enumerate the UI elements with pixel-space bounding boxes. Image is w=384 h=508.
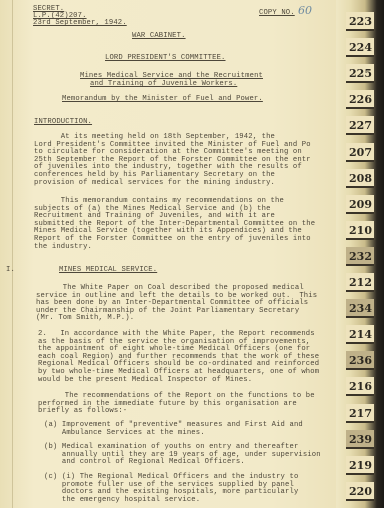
page-tab-239[interactable]: 239: [346, 430, 374, 449]
page-tab-strip: 2232242252262272072082092102322122342142…: [336, 0, 384, 508]
list-item-line: Ambulance Services at the mines.: [44, 429, 205, 437]
document-page: SECRET. L.P.(42)207. 23rd September, 194…: [0, 0, 336, 508]
page-tab-207[interactable]: 207: [346, 143, 374, 162]
page-tab-234[interactable]: 234: [346, 299, 374, 318]
section-heading: MINES MEDICAL SERVICE.: [59, 266, 157, 274]
page-tab-208[interactable]: 208: [346, 169, 374, 188]
page-tab-225[interactable]: 225: [346, 64, 374, 83]
text-line: (Mr. Tom Smith, M.P.).: [36, 314, 134, 322]
copy-label: COPY NO.: [259, 9, 295, 17]
text-line: briefly as follows:-: [38, 407, 127, 415]
page-tab-214[interactable]: 214: [346, 325, 374, 344]
title-line-2: and Training of Juvenile Workers.: [90, 80, 237, 88]
document-date: 23rd September, 1942.: [33, 19, 127, 27]
page-tab-236[interactable]: 236: [346, 351, 374, 370]
page-tab-212[interactable]: 212: [346, 273, 374, 292]
section-number: I.: [6, 266, 15, 274]
page-tab-226[interactable]: 226: [346, 90, 374, 109]
binding-edge: [12, 0, 13, 508]
committee-heading: LORD PRESIDENT'S COMMITTEE.: [105, 54, 226, 62]
text-line: would be the present Medical Inspector o…: [38, 376, 252, 384]
list-item-line: and control of Regional Medical Officers…: [44, 458, 245, 466]
page-tab-216[interactable]: 216: [346, 377, 374, 396]
page-tab-220[interactable]: 220: [346, 482, 374, 501]
list-item-line: the emergency hospital service.: [44, 496, 200, 504]
page-tab-210[interactable]: 210: [346, 221, 374, 240]
page-tab-219[interactable]: 219: [346, 456, 374, 475]
memorandum-subtitle: Memorandum by the Minister of Fuel and P…: [62, 95, 263, 103]
page-tab-224[interactable]: 224: [346, 38, 374, 57]
page-tab-217[interactable]: 217: [346, 404, 374, 423]
page-tab-227[interactable]: 227: [346, 116, 374, 135]
page-tab-209[interactable]: 209: [346, 195, 374, 214]
text-line: provision of medical services for the mi…: [34, 179, 275, 187]
war-cabinet-heading: WAR CABINET.: [132, 32, 186, 40]
introduction-heading: INTRODUCTION.: [34, 118, 92, 126]
copy-number: 60: [298, 4, 312, 17]
page-tab-223[interactable]: 223: [346, 12, 374, 31]
text-line: the industry.: [34, 243, 92, 251]
page-tab-232[interactable]: 232: [346, 247, 374, 266]
